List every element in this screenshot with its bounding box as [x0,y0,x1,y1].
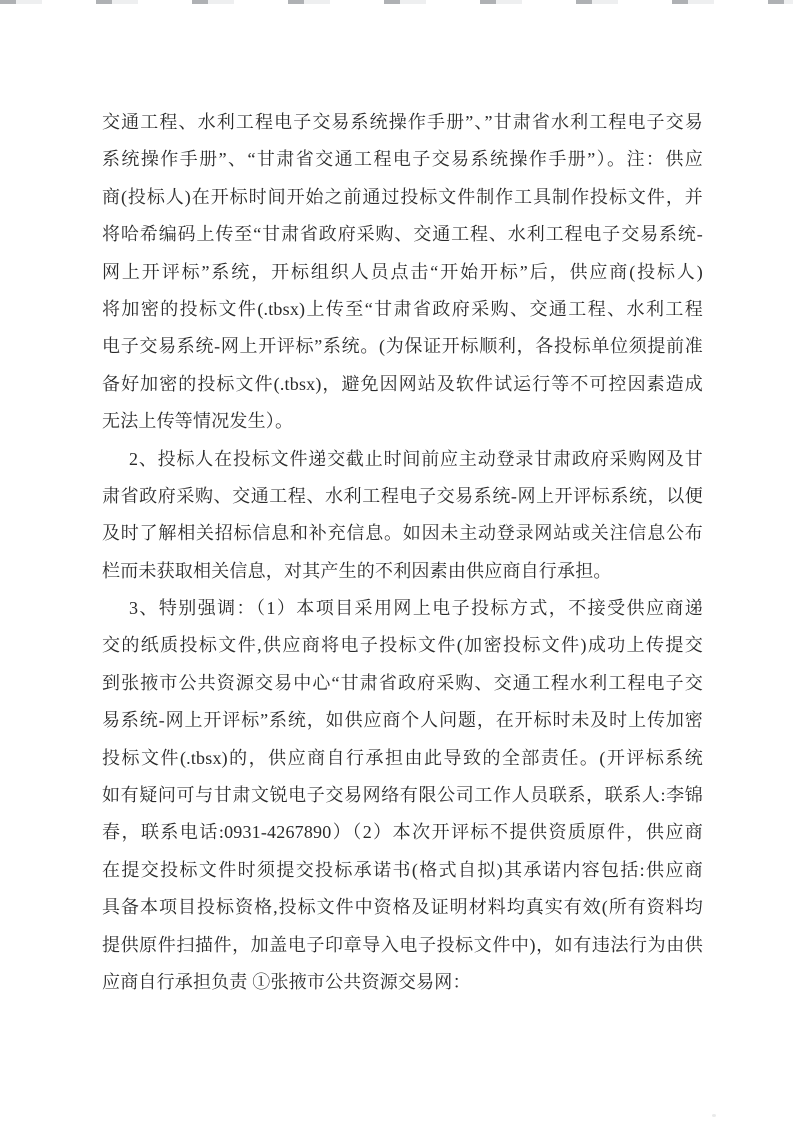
text-line: 肃省政府采购、交通工程、水利工程电子交易系统-网上开评标系统，以便 [102,478,703,515]
text-line: 将哈希编码上传至“甘肃省政府采购、交通工程、水利工程电子交易系统- [102,216,703,253]
text-line: 栏而未获取相关信息，对其产生的不利因素由供应商自行承担。 [102,553,703,590]
text-line: 在提交投标文件时须提交投标承诺书(格式自拟)其承诺内容包括:供应商 [102,852,703,889]
text-line: 将加密的投标文件(.tbsx)上传至“甘肃省政府采购、交通工程、水利工程 [102,291,703,328]
text-line: 2、投标人在投标文件递交截止时间前应主动登录甘肃政府采购网及甘 [102,441,703,478]
text-line: 应商自行承担负责 ①张掖市公共资源交易网： [102,964,703,1001]
text-line: 网上开评标”系统，开标组织人员点击“开始开标”后，供应商(投标人) [102,254,703,291]
text-line: 交通工程、水利工程电子交易系统操作手册”、”甘肃省水利工程电子交易 [102,104,703,141]
text-line: 易系统-网上开评标”系统，如供应商个人问题，在开标时未及时上传加密 [102,702,703,739]
document-body: 交通工程、水利工程电子交易系统操作手册”、”甘肃省水利工程电子交易 系统操作手册… [102,104,703,1001]
text-line: 商(投标人)在开标时间开始之前通过投标文件制作工具制作投标文件，并 [102,179,703,216]
text-line: 无法上传等情况发生）。 [102,403,703,440]
text-line: 如有疑问可与甘肃文锐电子交易网络有限公司工作人员联系，联系人:李锦 [102,777,703,814]
text-line: 3、特别强调：（1）本项目采用网上电子投标方式，不接受供应商递 [102,590,703,627]
text-line: 投标文件(.tbsx)的，供应商自行承担由此导致的全部责任。(开评标系统 [102,740,703,777]
text-line: 电子交易系统-网上开评标”系统。(为保证开标顺利，各投标单位须提前准 [102,328,703,365]
scan-edge-artifact [0,0,793,4]
document-page: 交通工程、水利工程电子交易系统操作手册”、”甘肃省水利工程电子交易 系统操作手册… [0,0,793,1121]
text-line: 备好加密的投标文件(.tbsx)，避免因网站及软件试运行等不可控因素造成 [102,366,703,403]
scan-speck [712,1114,716,1117]
text-line: 到张掖市公共资源交易中心“甘肃省政府采购、交通工程水利工程电子交 [102,665,703,702]
text-line: 具备本项目投标资格,投标文件中资格及证明材料均真实有效(所有资料均 [102,889,703,926]
text-line: 交的纸质投标文件,供应商将电子投标文件(加密投标文件)成功上传提交 [102,627,703,664]
text-line: 春，联系电话:0931-4267890）（2）本次开评标不提供资质原件，供应商 [102,814,703,851]
text-line: 系统操作手册”、“甘肃省交通工程电子交易系统操作手册”）。注：供应 [102,141,703,178]
text-line: 及时了解相关招标信息和补充信息。如因未主动登录网站或关注信息公布 [102,515,703,552]
text-line: 提供原件扫描件，加盖电子印章导入电子投标文件中)，如有违法行为由供 [102,927,703,964]
